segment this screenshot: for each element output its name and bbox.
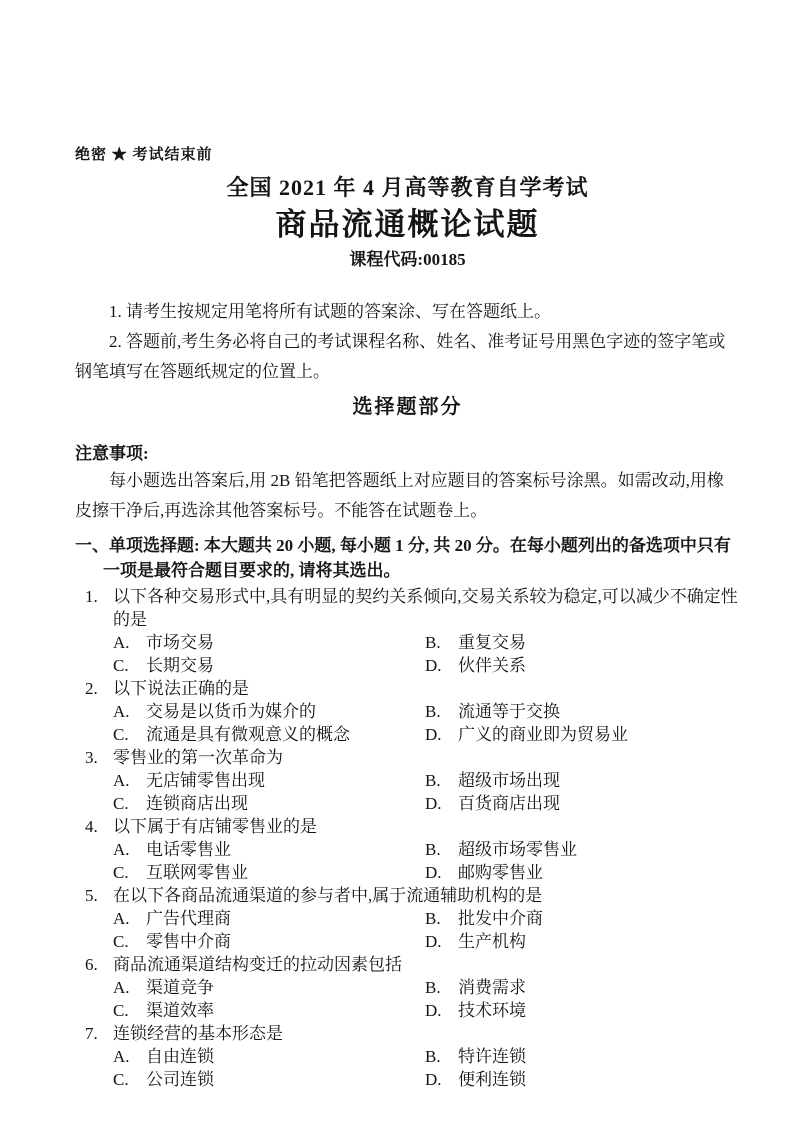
- option-text: 公司连锁: [146, 1070, 214, 1089]
- part-title: 选择题部分: [75, 393, 740, 421]
- option-label: C.: [113, 792, 146, 815]
- option-label: B.: [425, 700, 458, 723]
- option: B.流通等于交换: [425, 700, 740, 723]
- exam-paper-page: 绝密 ★ 考试结束前 全国 2021 年 4 月高等教育自学考试 商品流通概论试…: [0, 0, 800, 1136]
- option: A.渠道竞争: [113, 976, 425, 999]
- instruction-item-2: 2. 答题前,考生务必将自己的考试课程名称、姓名、准考证号用黑色字迹的签字笔或钢…: [75, 327, 740, 387]
- question-number: 7.: [85, 1022, 98, 1045]
- option: A.市场交易: [113, 631, 425, 654]
- option: C.零售中介商: [113, 930, 425, 953]
- option: C.互联网零售业: [113, 861, 425, 884]
- option-label: A.: [113, 976, 146, 999]
- questions-list: 1.以下各种交易形式中,具有明显的契约关系倾向,交易关系较为稳定,可以减少不确定…: [75, 585, 740, 1091]
- option: D.生产机构: [425, 930, 740, 953]
- question-stem: 以下各种交易形式中,具有明显的契约关系倾向,交易关系较为稳定,可以减少不确定性的…: [113, 587, 738, 629]
- option: D.技术环境: [425, 999, 740, 1022]
- option-label: D.: [425, 792, 458, 815]
- option-label: C.: [113, 999, 146, 1022]
- option-text: 超级市场零售业: [458, 840, 577, 859]
- option-label: C.: [113, 861, 146, 884]
- option-text: 技术环境: [458, 1001, 526, 1020]
- question-options: A.渠道竞争B.消费需求C.渠道效率D.技术环境: [113, 976, 740, 1022]
- option: B.超级市场零售业: [425, 838, 740, 861]
- option: B.重复交易: [425, 631, 740, 654]
- notes-body: 每小题选出答案后,用 2B 铅笔把答题纸上对应题目的答案标号涂黑。如需改动,用橡…: [75, 466, 740, 526]
- option-label: D.: [425, 723, 458, 746]
- question-item: 4.以下属于有店铺零售业的是A.电话零售业B.超级市场零售业C.互联网零售业D.…: [75, 815, 740, 884]
- question-stem: 以下说法正确的是: [113, 679, 249, 698]
- question-text: 7.连锁经营的基本形态是: [85, 1022, 740, 1045]
- question-text: 5.在以下各商品流通渠道的参与者中,属于流通辅助机构的是: [85, 884, 740, 907]
- option-text: 市场交易: [146, 633, 214, 652]
- question-options: A.无店铺零售出现B.超级市场出现C.连锁商店出现D.百货商店出现: [113, 769, 740, 815]
- option-label: D.: [425, 654, 458, 677]
- option: B.批发中介商: [425, 907, 740, 930]
- option: B.特许连锁: [425, 1045, 740, 1068]
- question-item: 2.以下说法正确的是A.交易是以货币为媒介的B.流通等于交换C.流通是具有微观意…: [75, 677, 740, 746]
- question-number: 2.: [85, 677, 98, 700]
- option-label: D.: [425, 999, 458, 1022]
- option-text: 零售中介商: [146, 932, 231, 951]
- question-options: A.广告代理商B.批发中介商C.零售中介商D.生产机构: [113, 907, 740, 953]
- option-text: 广告代理商: [146, 909, 231, 928]
- option: D.邮购零售业: [425, 861, 740, 884]
- option-label: B.: [425, 631, 458, 654]
- option-label: C.: [113, 723, 146, 746]
- question-number: 5.: [85, 884, 98, 907]
- question-number: 1.: [85, 585, 98, 608]
- general-instructions: 1. 请考生按规定用笔将所有试题的答案涂、写在答题纸上。 2. 答题前,考生务必…: [75, 297, 740, 387]
- option-text: 百货商店出现: [458, 794, 560, 813]
- question-stem: 零售业的第一次革命为: [113, 748, 283, 767]
- option-text: 超级市场出现: [458, 771, 560, 790]
- option: C.渠道效率: [113, 999, 425, 1022]
- option-text: 批发中介商: [458, 909, 543, 928]
- question-text: 3.零售业的第一次革命为: [85, 746, 740, 769]
- instruction-item-1: 1. 请考生按规定用笔将所有试题的答案涂、写在答题纸上。: [75, 297, 740, 327]
- question-stem: 商品流通渠道结构变迁的拉动因素包括: [113, 955, 402, 974]
- question-item: 7.连锁经营的基本形态是A.自由连锁B.特许连锁C.公司连锁D.便利连锁: [75, 1022, 740, 1091]
- question-stem: 在以下各商品流通渠道的参与者中,属于流通辅助机构的是: [113, 886, 542, 905]
- option: D.伙伴关系: [425, 654, 740, 677]
- question-options: A.电话零售业B.超级市场零售业C.互联网零售业D.邮购零售业: [113, 838, 740, 884]
- option-text: 无店铺零售出现: [146, 771, 265, 790]
- option: C.公司连锁: [113, 1068, 425, 1091]
- secrecy-label: 绝密 ★ 考试结束前: [75, 145, 740, 165]
- option-label: C.: [113, 1068, 146, 1091]
- option-text: 渠道效率: [146, 1001, 214, 1020]
- option: C.长期交易: [113, 654, 425, 677]
- question-text: 6.商品流通渠道结构变迁的拉动因素包括: [85, 953, 740, 976]
- option-label: B.: [425, 976, 458, 999]
- question-item: 6.商品流通渠道结构变迁的拉动因素包括A.渠道竞争B.消费需求C.渠道效率D.技…: [75, 953, 740, 1022]
- section-one-title: 单项选择题: 本大题共 20 小题, 每小题 1 分, 共 20 分。在每小题列…: [103, 536, 731, 580]
- section-one-header: 一、单项选择题: 本大题共 20 小题, 每小题 1 分, 共 20 分。在每小…: [75, 533, 740, 583]
- option-label: B.: [425, 1045, 458, 1068]
- option: C.连锁商店出现: [113, 792, 425, 815]
- question-text: 2.以下说法正确的是: [85, 677, 740, 700]
- question-stem: 以下属于有店铺零售业的是: [113, 817, 317, 836]
- option-text: 自由连锁: [146, 1047, 214, 1066]
- option: A.广告代理商: [113, 907, 425, 930]
- option-text: 邮购零售业: [458, 863, 543, 882]
- question-number: 3.: [85, 746, 98, 769]
- option: C.流通是具有微观意义的概念: [113, 723, 425, 746]
- option: B.消费需求: [425, 976, 740, 999]
- option: A.电话零售业: [113, 838, 425, 861]
- option-text: 便利连锁: [458, 1070, 526, 1089]
- option: A.交易是以货币为媒介的: [113, 700, 425, 723]
- option-text: 渠道竞争: [146, 978, 214, 997]
- question-item: 3.零售业的第一次革命为A.无店铺零售出现B.超级市场出现C.连锁商店出现D.百…: [75, 746, 740, 815]
- option-text: 电话零售业: [146, 840, 231, 859]
- option-label: A.: [113, 838, 146, 861]
- option-label: D.: [425, 930, 458, 953]
- option-text: 互联网零售业: [146, 863, 248, 882]
- question-text: 4.以下属于有店铺零售业的是: [85, 815, 740, 838]
- option: D.广义的商业即为贸易业: [425, 723, 740, 746]
- section-one-label: 一、: [75, 536, 109, 555]
- option-text: 流通等于交换: [458, 702, 560, 721]
- question-options: A.自由连锁B.特许连锁C.公司连锁D.便利连锁: [113, 1045, 740, 1091]
- option: B.超级市场出现: [425, 769, 740, 792]
- question-number: 6.: [85, 953, 98, 976]
- question-item: 1.以下各种交易形式中,具有明显的契约关系倾向,交易关系较为稳定,可以减少不确定…: [75, 585, 740, 677]
- question-number: 4.: [85, 815, 98, 838]
- question-options: A.市场交易B.重复交易C.长期交易D.伙伴关系: [113, 631, 740, 677]
- option-label: D.: [425, 1068, 458, 1091]
- option-label: A.: [113, 769, 146, 792]
- option-label: C.: [113, 930, 146, 953]
- question-text: 1.以下各种交易形式中,具有明显的契约关系倾向,交易关系较为稳定,可以减少不确定…: [85, 585, 740, 631]
- option-text: 消费需求: [458, 978, 526, 997]
- option: D.便利连锁: [425, 1068, 740, 1091]
- option: D.百货商店出现: [425, 792, 740, 815]
- option: A.无店铺零售出现: [113, 769, 425, 792]
- course-code: 课程代码:00185: [75, 246, 740, 273]
- option-text: 流通是具有微观意义的概念: [146, 725, 350, 744]
- option-text: 长期交易: [146, 656, 214, 675]
- paper-title: 商品流通概论试题: [75, 204, 740, 246]
- option-text: 生产机构: [458, 932, 526, 951]
- option-label: A.: [113, 907, 146, 930]
- option-text: 特许连锁: [458, 1047, 526, 1066]
- question-options: A.交易是以货币为媒介的B.流通等于交换C.流通是具有微观意义的概念D.广义的商…: [113, 700, 740, 746]
- exam-title: 全国 2021 年 4 月高等教育自学考试: [75, 172, 740, 204]
- option-label: D.: [425, 861, 458, 884]
- option-text: 连锁商店出现: [146, 794, 248, 813]
- option: A.自由连锁: [113, 1045, 425, 1068]
- option-label: C.: [113, 654, 146, 677]
- option-text: 交易是以货币为媒介的: [146, 702, 316, 721]
- option-text: 广义的商业即为贸易业: [458, 725, 628, 744]
- option-label: A.: [113, 1045, 146, 1068]
- option-label: B.: [425, 769, 458, 792]
- notes-title: 注意事项:: [75, 442, 740, 465]
- option-label: B.: [425, 907, 458, 930]
- question-stem: 连锁经营的基本形态是: [113, 1024, 283, 1043]
- question-item: 5.在以下各商品流通渠道的参与者中,属于流通辅助机构的是A.广告代理商B.批发中…: [75, 884, 740, 953]
- option-label: A.: [113, 700, 146, 723]
- option-label: B.: [425, 838, 458, 861]
- option-text: 伙伴关系: [458, 656, 526, 675]
- option-label: A.: [113, 631, 146, 654]
- option-text: 重复交易: [458, 633, 526, 652]
- title-block: 全国 2021 年 4 月高等教育自学考试 商品流通概论试题 课程代码:0018…: [75, 172, 740, 273]
